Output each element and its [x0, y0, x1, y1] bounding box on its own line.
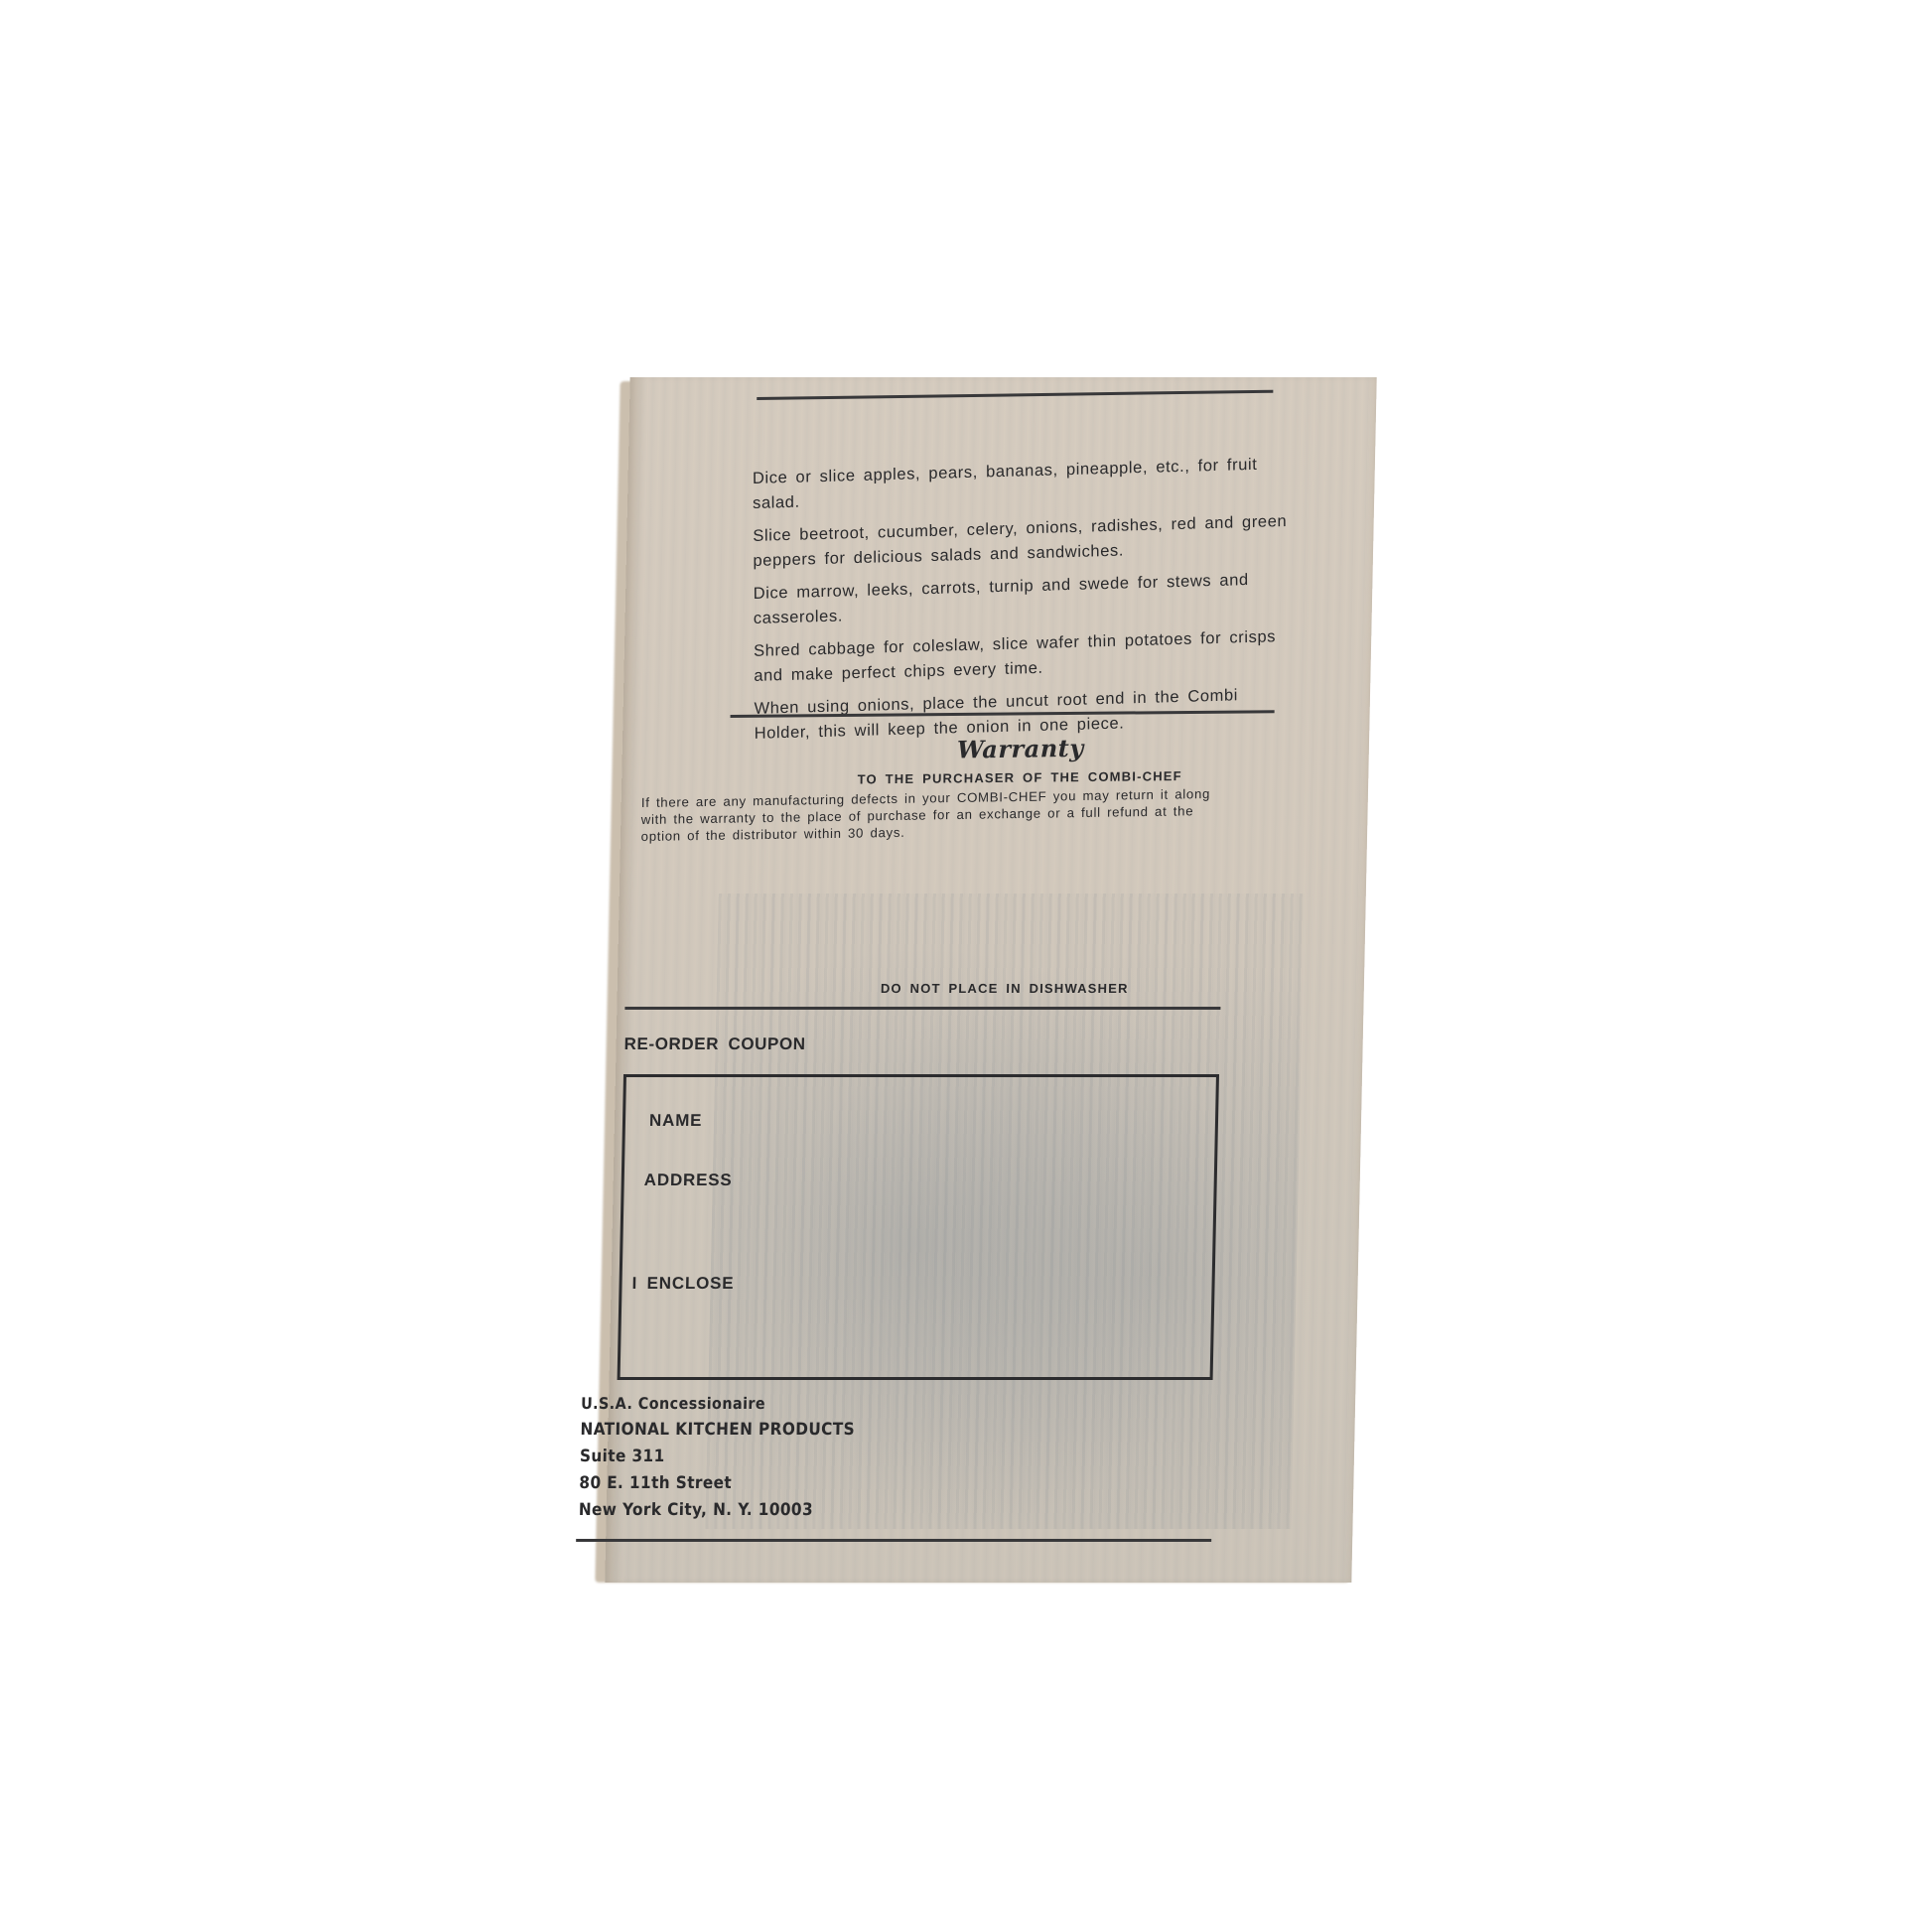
usage-instructions: Dice or slice apples, pears, bananas, pi…: [753, 452, 1291, 755]
instruction-item: Dice marrow, leeks, carrots, turnip and …: [754, 567, 1290, 631]
distributor-address: U.S.A. Concessionaire NATIONAL KITCHEN P…: [579, 1390, 856, 1524]
address-field-label: ADDRESS: [644, 1171, 733, 1190]
name-field-label: NAME: [649, 1111, 703, 1131]
enclose-field[interactable]: [760, 1270, 1188, 1329]
top-divider: [757, 390, 1273, 400]
instruction-item: Slice beetroot, cucumber, celery, onions…: [753, 509, 1289, 574]
leaflet-page: Dice or slice apples, pears, bananas, pi…: [605, 377, 1376, 1583]
instruction-item: Shred cabbage for coleslaw, slice wafer …: [754, 624, 1290, 689]
bottom-divider: [576, 1539, 1211, 1542]
coupon-title: RE-ORDER COUPON: [623, 1035, 805, 1054]
warranty-subtitle: TO THE PURCHASER OF THE COMBI-CHEF: [621, 766, 1368, 789]
warranty-title: Warranty: [622, 730, 1369, 768]
instruction-item: Dice or slice apples, pears, bananas, pi…: [753, 452, 1289, 516]
address-field[interactable]: [761, 1167, 1190, 1246]
address-role: U.S.A. Concessionaire: [581, 1390, 856, 1417]
name-field[interactable]: [735, 1107, 1192, 1133]
enclose-field-label: I ENCLOSE: [631, 1274, 734, 1294]
reorder-coupon-form: NAME ADDRESS I ENCLOSE: [618, 1074, 1219, 1380]
address-city: New York City, N. Y. 10003: [579, 1497, 854, 1524]
address-street: 80 E. 11th Street: [579, 1470, 854, 1497]
coupon-divider: [624, 1007, 1220, 1010]
address-company: NATIONAL KITCHEN PRODUCTS: [580, 1417, 855, 1444]
address-suite: Suite 311: [580, 1444, 855, 1470]
warranty-text: If there are any manufacturing defects i…: [641, 785, 1217, 845]
dishwasher-notice: DO NOT PLACE IN DISHWASHER: [796, 981, 1213, 996]
